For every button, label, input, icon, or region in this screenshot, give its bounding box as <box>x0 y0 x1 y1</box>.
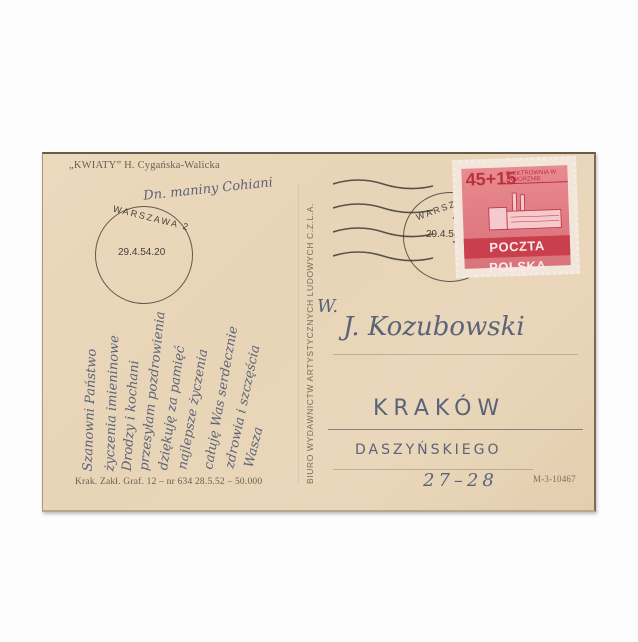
recipient-street: DASZYŃSKIEGO <box>355 442 502 458</box>
stamp-country: POCZTA POLSKA <box>464 235 571 259</box>
postcard: „KWIATY” H. Cygańska-Walicka BIURO WYDAW… <box>42 152 596 512</box>
postage-stamp: 45+15 ELEKTROWNIA W JAWORZNIE POCZTA POL… <box>452 156 580 278</box>
stamp-face: 45+15 ELEKTROWNIA W JAWORZNIE POCZTA POL… <box>461 165 570 269</box>
catalog-code: M-3-10467 <box>533 474 576 484</box>
address-prefix: W. <box>317 296 338 317</box>
address-line-1 <box>333 354 578 355</box>
postmark-left: WARSZAWA 2 29.4.54.20 <box>95 206 193 304</box>
card-divider <box>298 184 299 484</box>
recipient-number: 27–28 <box>423 470 498 491</box>
postmark-date: 29.4.54.20 <box>118 247 165 258</box>
address-line-2 <box>328 429 583 430</box>
recipient-name: J. Kozubowski <box>343 312 525 342</box>
stamp-caption: ELEKTROWNIA W JAWORZNIE <box>505 169 567 184</box>
printed-title: „KWIATY” H. Cygańska-Walicka <box>69 160 220 171</box>
printer-imprint: Krak. Zakł. Graf. 12 – nr 634 28.5.52 – … <box>75 477 262 487</box>
recipient-city: KRAKÓW <box>373 396 505 421</box>
power-plant-icon <box>482 189 563 232</box>
